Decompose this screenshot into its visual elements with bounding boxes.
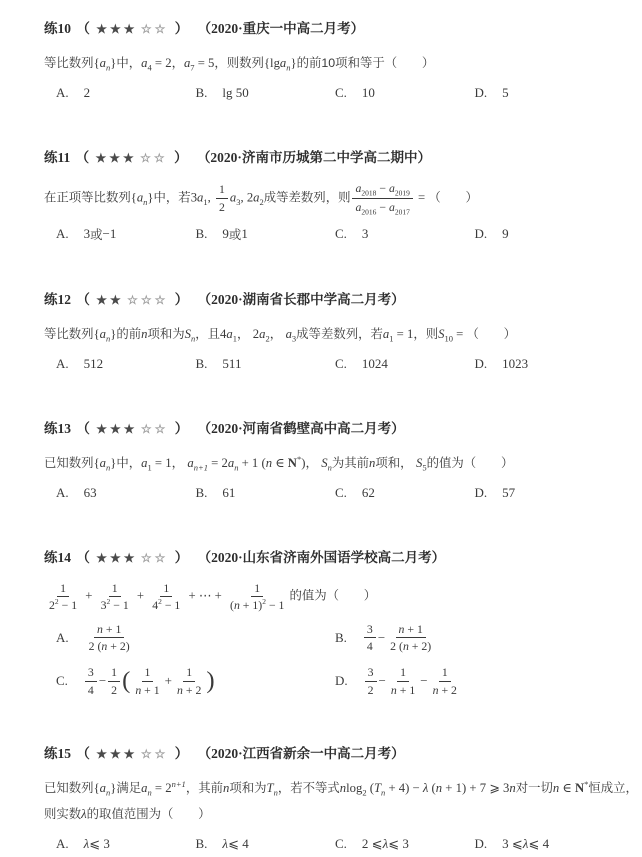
text-run: 的取值范围为（ ） [87, 807, 211, 821]
text-run: 中， [116, 456, 141, 470]
fraction: 142 − 1 [149, 581, 183, 612]
option-value: 511 [222, 356, 241, 372]
option-letter: D. [475, 226, 488, 242]
problem-statement: 等比数列{an}的前n项和为Sn，且4a1， 2a2， a3成等差数列，若a1 … [44, 323, 614, 346]
option-letter: C. [335, 226, 347, 242]
math-run: log [346, 781, 362, 795]
fraction-numerator: 3 [364, 622, 376, 638]
stars-open-paren: （ [76, 421, 90, 436]
option-letter: C. [335, 356, 347, 372]
problem-statement: 在正项等比数列{an}中，若3a1, 12a3, 2a2成等差数列，则a2018… [44, 181, 614, 216]
fraction: 1n + 1 [388, 665, 418, 696]
option-value: 10 [362, 85, 375, 101]
option-value: 34 − n + 12 (n + 2) [362, 622, 436, 653]
problem-statement: 已知数列{an}中，a1 = 1， an+1 = 2an + 1 (n ∈ N*… [44, 452, 614, 475]
fraction-numerator: n + 1 [396, 622, 426, 638]
fraction-denominator: 4 [85, 682, 97, 697]
option-B: B.9或1 [196, 225, 336, 243]
option-value: λ ⩽ 4 [222, 836, 248, 852]
subscript: 2019 [395, 188, 410, 197]
math-run: 10 [362, 85, 375, 101]
math-run: N [288, 456, 297, 470]
fraction: n + 12 (n + 2) [86, 622, 133, 653]
text-run: 项和为 [229, 781, 266, 795]
fraction: 1n + 2 [174, 665, 204, 696]
option-A: A.512 [56, 356, 196, 372]
fraction: 1n + 1 [132, 665, 162, 696]
fraction: 12 [216, 182, 228, 213]
math-run: − [420, 673, 427, 689]
option-value: 9 [502, 226, 509, 242]
fraction: 1(n + 1)2 − 1 [227, 581, 287, 612]
text-run: 或 [229, 225, 241, 243]
difficulty-stars-filled: ★★★ [96, 151, 137, 165]
text-run: （ ） [428, 190, 478, 204]
fraction-numerator: 3 [365, 665, 377, 681]
option-B: B.61 [196, 485, 336, 501]
problem-block: 练12 （ ★★ ☆☆☆ ） （2020·湖南省长郡中学高二月考） 等比数列{a… [44, 288, 614, 372]
text-run: 则实数 [44, 807, 81, 821]
fraction-numerator: 1 [108, 665, 120, 681]
math-run: ⩽ 4 [528, 836, 549, 852]
option-D: D.32 − 1n + 1 − 1n + 2 [335, 665, 614, 696]
stars-open-paren: （ [76, 150, 90, 165]
options-row: A.3或−1B.9或1C.3D.9 [44, 225, 614, 243]
math-run: = 2 [152, 781, 172, 795]
superscript: n+1 [172, 779, 186, 789]
fraction-denominator: a2016 − a2017 [352, 199, 412, 216]
difficulty-stars-filled: ★★ [96, 293, 124, 307]
option-letter: A. [56, 630, 69, 646]
statement-line: 已知数列{an}中，a1 = 1， an+1 = 2an + 1 (n ∈ N*… [44, 452, 614, 475]
math-run: 3 [88, 665, 94, 679]
option-letter: D. [475, 485, 488, 501]
option-letter: C. [335, 836, 347, 852]
math-run: 1 [219, 182, 225, 196]
option-value: lg 50 [222, 85, 248, 101]
problem-header: 练13 （ ★★★ ☆☆ ） （2020·河南省鹤壁高中高二月考） [44, 417, 614, 437]
text-run: （ ） [466, 327, 516, 341]
math-run: − [379, 673, 386, 689]
option-value: λ ⩽ 3 [84, 836, 110, 852]
fraction: n + 12 (n + 2) [387, 622, 434, 653]
difficulty-stars-empty: ☆☆ [141, 422, 169, 436]
stars-close-paren: ） [174, 150, 188, 165]
option-C: C.10 [335, 85, 475, 101]
difficulty-stars-empty: ☆☆ [141, 747, 169, 761]
fraction-denominator: n + 2 [174, 682, 204, 697]
math-run: = 1 [152, 456, 172, 470]
fraction-denominator: 2 (n + 2) [86, 638, 133, 653]
math-run: 62 [362, 485, 375, 501]
option-letter: B. [196, 226, 208, 242]
stars-open-paren: （ [76, 292, 90, 307]
math-run: − [376, 200, 389, 214]
option-D: D.57 [475, 485, 615, 501]
difficulty-stars-filled: ★★★ [96, 22, 137, 36]
math-run: + [165, 673, 172, 689]
problem-header: 练12 （ ★★ ☆☆☆ ） （2020·湖南省长郡中学高二月考） [44, 288, 614, 308]
text-run: 的前 [116, 327, 141, 341]
statement-line: 则实数λ的取值范围为（ ） [44, 803, 614, 826]
text-run: 等比数列 [44, 56, 94, 70]
fraction: 1n + 2 [430, 665, 460, 696]
option-value: 512 [84, 356, 104, 372]
option-letter: A. [56, 226, 69, 242]
text-run: 满足 [116, 781, 141, 795]
fraction-denominator: 2 [365, 682, 377, 697]
math-run: − 1 [110, 598, 128, 612]
fraction-numerator: 1 [251, 581, 263, 597]
option-C: C.3 [335, 225, 475, 243]
math-run: = 1 [394, 327, 414, 341]
option-value: 1024 [362, 356, 388, 372]
problem-label: 练13 [44, 421, 71, 436]
fraction-numerator: 1 [183, 665, 195, 681]
text-run: ，则数列 [214, 56, 264, 70]
text-run: ，则 [413, 327, 438, 341]
math-run: 3 [368, 665, 374, 679]
math-run: 57 [502, 485, 515, 501]
math-run: ∈ [559, 781, 575, 795]
math-run: {lg [264, 56, 280, 70]
math-run: T [267, 781, 274, 795]
stars-close-paren: ） [175, 550, 189, 565]
option-letter: A. [56, 836, 69, 852]
math-run: + ⋯ + [185, 588, 225, 602]
math-run: ⩽ 4 [228, 836, 249, 852]
problem-label: 练15 [44, 746, 71, 761]
math-run: −1 [103, 226, 117, 242]
math-run: + 2) [409, 639, 431, 653]
text-run: 已知数列 [44, 781, 94, 795]
option-value: 61 [222, 485, 235, 501]
option-D: D.5 [475, 85, 615, 101]
text-run: 为其前 [332, 456, 369, 470]
fraction-denominator: n + 2 [430, 682, 460, 697]
statement-line: 122 − 1 + 132 − 1 + 142 − 1 + ⋯ + 1(n + … [44, 581, 614, 612]
fraction-numerator: 1 [439, 665, 451, 681]
math-run: ( [428, 781, 435, 795]
option-value: 3 [362, 226, 369, 242]
option-letter: B. [196, 485, 208, 501]
math-run: 2 [84, 85, 91, 101]
problem-statement: 已知数列{an}满足an = 2n+1，其前n项和为Tn，若不等式nlog2 (… [44, 777, 614, 826]
option-value: 63 [84, 485, 97, 501]
problem-label: 练10 [44, 21, 71, 36]
fraction-numerator: a2018 − a2019 [352, 181, 412, 199]
fraction-numerator: 1 [142, 665, 154, 681]
problem-block: 练11 （ ★★★ ☆☆ ） （2020·济南市历城第二中学高二期中） 在正项等… [44, 146, 614, 244]
stars-close-paren: ） [175, 292, 189, 307]
problem-label: 练12 [44, 292, 71, 307]
math-run: = 5 [195, 56, 215, 70]
difficulty-stars-empty: ☆☆☆ [127, 293, 168, 307]
problem-header: 练14 （ ★★★ ☆☆ ） （2020·山东省济南外国语学校高二月考） [44, 546, 614, 566]
stars-close-paren: ） [175, 421, 189, 436]
fraction-denominator: 4 [364, 638, 376, 653]
math-run: 1023 [502, 356, 528, 372]
stars-open-paren: （ [76, 21, 90, 36]
math-run: 61 [222, 485, 235, 501]
math-run: 1 [112, 581, 118, 595]
text-run: 或 [90, 225, 102, 243]
problem-block: 练13 （ ★★★ ☆☆ ） （2020·河南省鹤壁高中高二月考） 已知数列{a… [44, 417, 614, 501]
math-run: 511 [222, 356, 241, 372]
math-run: − [376, 181, 389, 195]
problem-header: 练10 （ ★★★ ☆☆ ） （2020·重庆一中高二月考） [44, 17, 614, 37]
fraction-numerator: 1 [397, 665, 409, 681]
math-run: , [208, 190, 214, 204]
option-C: C.2 ⩽ λ ⩽ 3 [335, 836, 475, 852]
option-B: B.511 [196, 356, 336, 372]
option-A: A.λ ⩽ 3 [56, 836, 196, 852]
option-A: A.3或−1 [56, 225, 196, 243]
statement-line: 等比数列{an}的前n项和为Sn，且4a1， 2a2， a3成等差数列，若a1 … [44, 323, 614, 346]
math-run: = [453, 327, 467, 341]
text-run: ， [237, 327, 253, 341]
fraction-numerator: 1 [57, 581, 69, 597]
math-run: − 1 [162, 598, 180, 612]
text-run: ， [305, 456, 321, 470]
subscript: 10 [444, 334, 453, 344]
math-run: ⩽ 3 [388, 836, 409, 852]
math-run: 1 [186, 665, 192, 679]
problem-source: （2020·重庆一中高二月考） [198, 21, 365, 36]
math-run: 4 [367, 639, 373, 653]
math-run: 2 [219, 200, 225, 214]
option-B: B.λ ⩽ 4 [196, 836, 336, 852]
options-row: A.n + 12 (n + 2)B.34 − n + 12 (n + 2)C.3… [44, 622, 614, 697]
option-D: D.9 [475, 225, 615, 243]
math-run: 2 [368, 683, 374, 697]
problem-label: 练14 [44, 550, 71, 565]
math-run: ⩽ 3 [89, 836, 110, 852]
fraction-denominator: 2 [216, 199, 228, 214]
statement-line: 等比数列{an}中，a4 = 2，a7 = 5，则数列{lgan}的前10项和等… [44, 52, 614, 75]
math-run: 1 [400, 665, 406, 679]
option-letter: D. [475, 356, 488, 372]
math-run: + 2 [183, 683, 201, 697]
text-run: ，其前 [186, 781, 223, 795]
option-value: 34 − 12(1n + 1 + 1n + 2) [83, 665, 215, 696]
option-letter: A. [56, 85, 69, 101]
difficulty-stars-empty: ☆☆ [140, 151, 168, 165]
problem-source: （2020·河南省鹤壁高中高二月考） [198, 421, 405, 436]
option-letter: A. [56, 356, 69, 372]
option-value: 1023 [502, 356, 528, 372]
math-run: 1 [163, 581, 169, 595]
math-run: ( [367, 781, 374, 795]
fraction: 34 [364, 622, 376, 653]
math-run: 1 [60, 581, 66, 595]
option-letter: C. [335, 85, 347, 101]
fraction-numerator: 1 [109, 581, 121, 597]
math-run: + 1 [397, 683, 415, 697]
math-run: 2 ( [390, 639, 403, 653]
statement-line: 在正项等比数列{an}中，若3a1, 12a3, 2a2成等差数列，则a2018… [44, 181, 614, 216]
math-run: + 1 [141, 683, 159, 697]
text-run: 中，若 [154, 190, 191, 204]
option-letter: B. [196, 836, 208, 852]
option-letter: D. [475, 85, 488, 101]
math-run: + 1 ( [238, 456, 265, 470]
math-run: + [82, 588, 96, 602]
option-value: 32 − 1n + 1 − 1n + 2 [363, 665, 462, 696]
option-value: 9或1 [222, 225, 247, 243]
fraction: 32 [365, 665, 377, 696]
problem-label: 练11 [44, 150, 70, 165]
math-run: 512 [84, 356, 104, 372]
problem-block: 练14 （ ★★★ ☆☆ ） （2020·山东省济南外国语学校高二月考） 122… [44, 546, 614, 697]
text-run: 成等差数列，则 [264, 190, 351, 204]
option-D: D.3 ⩽ λ ⩽ 4 [475, 836, 615, 852]
math-run: 2 ( [89, 639, 102, 653]
math-run: 63 [84, 485, 97, 501]
math-run: = 2 [152, 56, 172, 70]
text-run: 对一切 [516, 781, 553, 795]
stars-open-paren: （ [76, 550, 90, 565]
text-run: 项和， [375, 456, 416, 470]
text-run: 中， [116, 56, 141, 70]
math-run: N [575, 781, 584, 795]
math-run: = [415, 190, 429, 204]
text-run: 恒成立， [588, 781, 638, 795]
fraction-denominator: n + 1 [388, 682, 418, 697]
subscript: 2016 [361, 207, 376, 216]
fraction-numerator: n + 1 [94, 622, 124, 638]
math-run: − [378, 630, 385, 646]
fraction-numerator: 1 [216, 182, 228, 198]
text-run: 的值为（ ） [289, 588, 376, 602]
math-run: 4 [88, 683, 94, 697]
fraction-numerator: 1 [160, 581, 172, 597]
stars-close-paren: ） [175, 21, 189, 36]
math-run: + 2 [439, 683, 457, 697]
option-value: 3或−1 [84, 225, 117, 243]
option-A: A.n + 12 (n + 2) [56, 622, 335, 653]
fraction-numerator: 3 [85, 665, 97, 681]
math-run: 5 [502, 85, 509, 101]
fraction: 132 − 1 [98, 581, 132, 612]
option-value: 5 [502, 85, 509, 101]
option-letter: B. [196, 85, 208, 101]
option-value: 57 [502, 485, 515, 501]
difficulty-stars-filled: ★★★ [96, 422, 137, 436]
fraction-denominator: n + 1 [132, 682, 162, 697]
math-run: − 1 [59, 598, 77, 612]
statement-line: 已知数列{an}满足an = 2n+1，其前n项和为Tn，若不等式nlog2 (… [44, 777, 614, 800]
problem-header: 练11 （ ★★★ ☆☆ ） （2020·济南市历城第二中学高二期中） [44, 146, 614, 166]
math-run: 3 [362, 226, 369, 242]
option-letter: D. [475, 836, 488, 852]
text-run: ， [270, 327, 286, 341]
math-run: 9 [502, 226, 509, 242]
difficulty-stars-filled: ★★★ [96, 747, 137, 761]
subscript: 2018 [361, 188, 376, 197]
option-C: C.34 − 12(1n + 1 + 1n + 2) [56, 665, 335, 696]
option-A: A.63 [56, 485, 196, 501]
math-run: 3 ⩽ [502, 836, 523, 852]
subscript: 2017 [395, 207, 410, 216]
math-run: 1 [111, 665, 117, 679]
difficulty-stars-filled: ★★★ [96, 551, 137, 565]
fraction-denominator: 32 − 1 [98, 597, 132, 612]
text-run: 等比数列 [44, 327, 94, 341]
option-C: C.1024 [335, 356, 475, 372]
option-letter: C. [56, 673, 68, 689]
math-run: 1 [241, 226, 248, 242]
problem-source: （2020·山东省济南外国语学校高二月考） [198, 550, 446, 565]
math-run: 2 [111, 683, 117, 697]
options-row: A.λ ⩽ 3B.λ ⩽ 4C.2 ⩽ λ ⩽ 3D.3 ⩽ λ ⩽ 4 [44, 836, 614, 852]
fraction-denominator: 22 − 1 [46, 597, 80, 612]
math-run: 1024 [362, 356, 388, 372]
text-run: ， [172, 56, 184, 70]
math-run: − [99, 673, 106, 689]
problem-source: （2020·湖南省长郡中学高二月考） [198, 292, 405, 307]
option-letter: B. [335, 630, 347, 646]
math-run: 1 [254, 581, 260, 595]
option-C: C.62 [335, 485, 475, 501]
text-run: ，且 [195, 327, 220, 341]
text-run: 的前10项和等于（ ） [297, 56, 435, 70]
stars-close-paren: ） [175, 746, 189, 761]
option-value: 3 ⩽ λ ⩽ 4 [502, 836, 549, 852]
text-run: ， [172, 456, 188, 470]
option-value: 2 ⩽ λ ⩽ 3 [362, 836, 409, 852]
math-run: + 1 [404, 622, 422, 636]
math-run: = 2 [208, 456, 228, 470]
option-letter: D. [335, 673, 348, 689]
option-letter: A. [56, 485, 69, 501]
difficulty-stars-empty: ☆☆ [141, 551, 169, 565]
fraction-denominator: 2 [108, 682, 120, 697]
problem-source: （2020·济南市历城第二中学高二期中） [197, 150, 431, 165]
option-B: B.lg 50 [196, 85, 336, 101]
subscript: n+1 [194, 463, 208, 473]
problem-header: 练15 （ ★★★ ☆☆ ） （2020·江西省新余一中高二月考） [44, 742, 614, 762]
problem-block: 练10 （ ★★★ ☆☆ ） （2020·重庆一中高二月考） 等比数列{an}中… [44, 17, 614, 101]
math-run: + 1) + 7 ⩾ 3 [442, 781, 509, 795]
text-run: ，若不等式 [278, 781, 340, 795]
options-row: A.512B.511C.1024D.1023 [44, 356, 614, 372]
page: 练10 （ ★★★ ☆☆ ） （2020·重庆一中高二月考） 等比数列{an}中… [0, 0, 642, 852]
math-run: 3 [367, 622, 373, 636]
problem-source: （2020·江西省新余一中高二月考） [198, 746, 405, 761]
math-run: lg 50 [222, 85, 248, 101]
fraction: 12 [108, 665, 120, 696]
text-run: 已知数列 [44, 456, 94, 470]
stars-open-paren: （ [76, 746, 90, 761]
math-run: + 2) [107, 639, 129, 653]
option-value: 2 [84, 85, 91, 101]
fraction-denominator: (n + 1)2 − 1 [227, 597, 287, 612]
fraction-denominator: 42 − 1 [149, 597, 183, 612]
math-run: + [134, 588, 148, 602]
fraction: a2018 − a2019a2016 − a2017 [352, 181, 412, 216]
math-run: + 1 [103, 622, 121, 636]
option-D: D.1023 [475, 356, 615, 372]
option-letter: B. [196, 356, 208, 372]
text-run: 成等差数列，若 [296, 327, 383, 341]
problem-block: 练15 （ ★★★ ☆☆ ） （2020·江西省新余一中高二月考） 已知数列{a… [44, 742, 614, 852]
math-run: + 4) − [385, 781, 423, 795]
math-run: 1 [145, 665, 151, 679]
math-run: , 2 [240, 190, 253, 204]
option-A: A.2 [56, 85, 196, 101]
text-run: 项和为 [147, 327, 184, 341]
